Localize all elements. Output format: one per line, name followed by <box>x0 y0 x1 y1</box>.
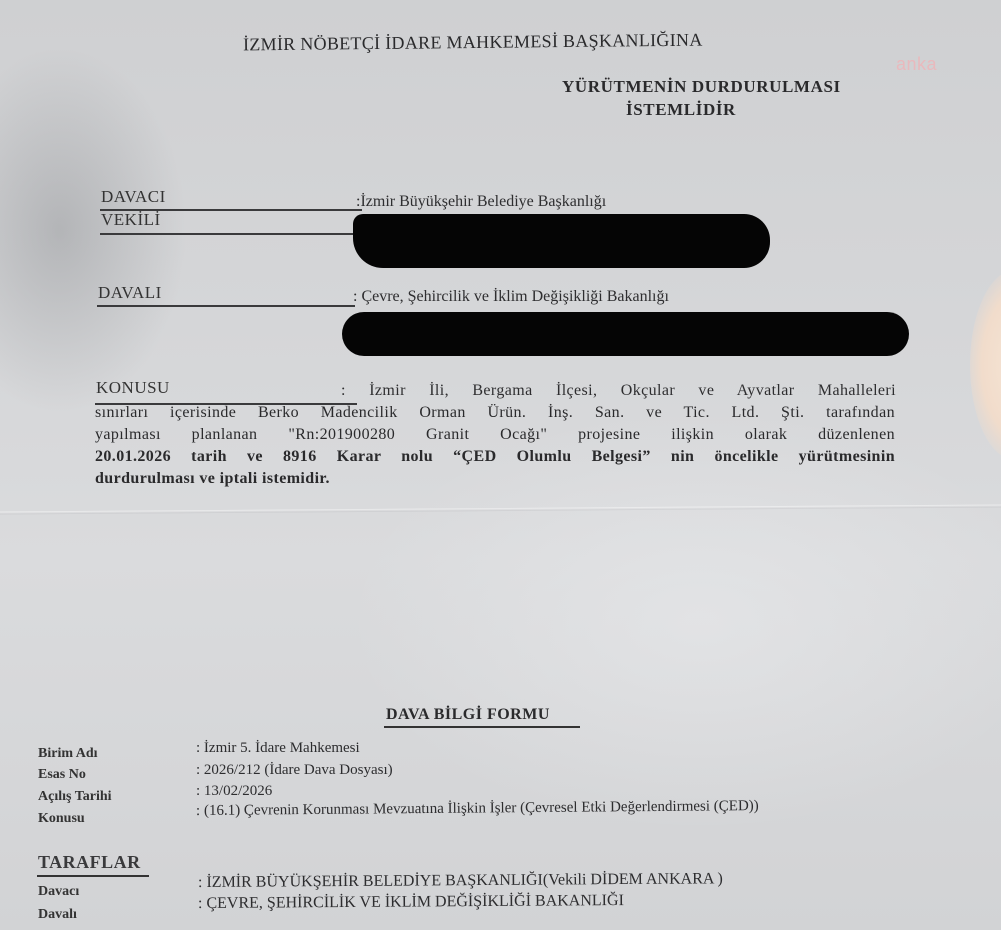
form-label-esas-no: Esas No <box>38 767 86 783</box>
davali-rule <box>97 305 355 307</box>
form-value-acilis-tarihi: : 13/02/2026 <box>196 783 272 800</box>
vekili-label: VEKİLİ <box>101 210 161 230</box>
taraflar-rule <box>37 875 149 877</box>
form-label-birim-adi: Birim Adı <box>38 746 98 762</box>
form-title: DAVA BİLGİ FORMU <box>386 706 550 724</box>
form-label-konusu: Konusu <box>38 811 85 827</box>
davali-value: : Çevre, Şehircilik ve İklim Değişikliği… <box>353 288 669 306</box>
davali-redaction <box>342 312 909 356</box>
taraf-label-davaci: Davacı <box>38 884 79 900</box>
request-heading-line2: İSTEMLİDİR <box>626 100 736 120</box>
konusu-line-4: 20.01.2026 tarih ve 8916 Karar nolu “ÇED… <box>95 446 895 468</box>
form-value-esas-no: : 2026/212 (İdare Dava Dosyası) <box>196 762 393 779</box>
konusu-line-5: durdurulması ve iptali istemidir. <box>95 468 895 490</box>
davaci-value: :İzmir Büyükşehir Belediye Başkanlığı <box>356 193 606 211</box>
konusu-line-3: yapılması planlanan "Rn:201900280 Granit… <box>95 424 895 446</box>
request-heading-line1: YÜRÜTMENİN DURDURULMASI <box>562 77 841 97</box>
taraf-value-davaci: : İZMİR BÜYÜKŞEHİR BELEDİYE BAŞKANLIĞI(V… <box>198 870 723 892</box>
konusu-label: KONUSU <box>96 378 170 398</box>
davaci-label: DAVACI <box>101 187 166 207</box>
vekili-rule <box>100 233 362 235</box>
taraflar-heading: TARAFLAR <box>38 852 141 873</box>
form-value-birim-adi: : İzmir 5. İdare Mahkemesi <box>196 740 360 757</box>
vekili-redaction <box>353 214 770 268</box>
form-title-rule <box>384 726 580 728</box>
taraf-value-davali: : ÇEVRE, ŞEHİRCİLİK VE İKLİM DEĞİŞİKLİĞİ… <box>198 892 624 913</box>
konusu-body: sınırları içerisinde Berko Madencilik Or… <box>95 402 895 490</box>
anka-watermark: anka <box>896 54 937 75</box>
taraf-label-davali: Davalı <box>38 907 77 923</box>
form-label-acilis-tarihi: Açılış Tarihi <box>38 789 112 805</box>
davali-label: DAVALI <box>98 283 162 303</box>
konusu-line-2: sınırları içerisinde Berko Madencilik Or… <box>95 402 895 424</box>
konusu-line-1: : İzmir İli, Bergama İlçesi, Okçular ve … <box>341 382 896 400</box>
